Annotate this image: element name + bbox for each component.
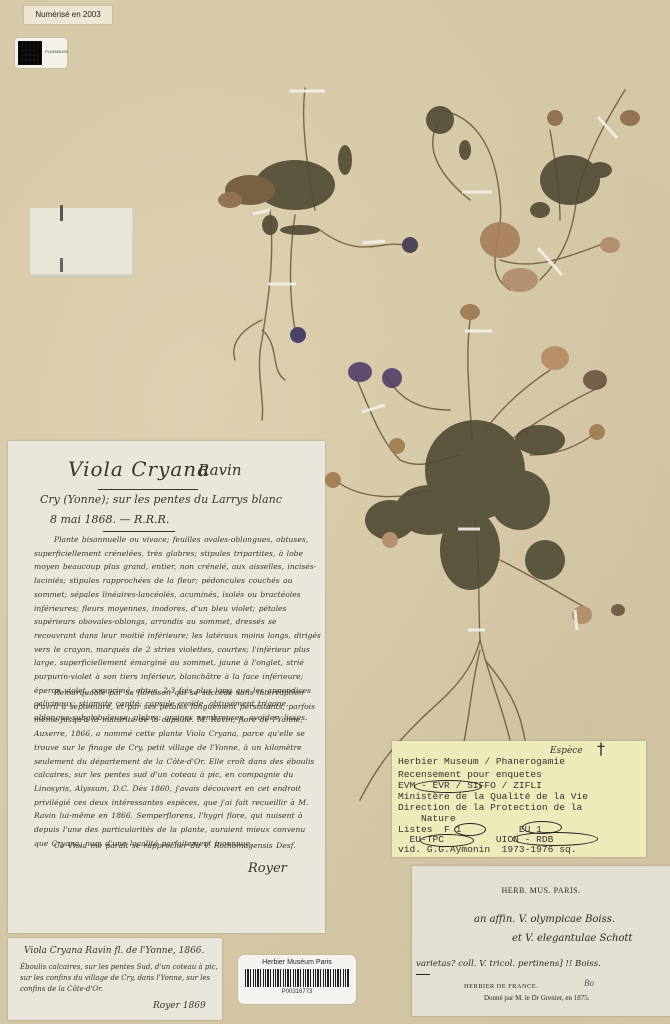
census-line: Nature (398, 814, 456, 824)
handwritten-locality-label: Viola Cryana Ravin fl. de l'Yonne, 1866.… (8, 938, 222, 1020)
pin-icon (60, 258, 63, 272)
specimen-envelope (30, 208, 132, 274)
barcode-number: P00316773 (238, 989, 356, 995)
collection-date: 8 mai 1868. — R.R.R. (50, 513, 169, 526)
annotator-initials: Bo (584, 978, 594, 988)
qr-code-icon (19, 42, 41, 64)
determination-line: varietas? coll. V. tricol. pertinens] !!… (416, 959, 601, 969)
digitization-label: Numérisé en 2003 (24, 6, 112, 24)
circle-mark-icon (512, 832, 598, 846)
qr-label: PL04655199 (15, 38, 67, 68)
barcode-icon (245, 969, 349, 987)
affinity-paragraph: Ce Viola me paraît se rapprocher du V. R… (34, 839, 322, 853)
handwritten-description-label: Viola Cryana Ravin Cry (Yonne); sur les … (8, 441, 325, 933)
pin-icon (60, 205, 63, 221)
small-note-title: Viola Cryana Ravin fl. de l'Yonne, 1866. (24, 946, 204, 956)
underline (416, 974, 430, 975)
census-handwritten-note: Espèce (550, 746, 583, 756)
collector-signature: Royer (248, 861, 287, 876)
title-underline (98, 489, 198, 490)
circle-mark-icon (420, 834, 474, 847)
circle-mark-icon (414, 780, 482, 793)
census-line: Direction de la Protection de la (398, 803, 582, 813)
species-title: Viola Cryana (68, 457, 210, 481)
small-note-locality: Éboulis calcaires, sur les pentes Sud, d… (20, 962, 220, 995)
census-line: vid. G.G.Aymonin 1973-1976 sq. (398, 845, 576, 855)
determination-line: et V. elegantulae Schott (512, 933, 632, 944)
census-line: Herbier Museum / Phanerogamie (398, 757, 565, 767)
census-line: Ministère de la Qualité de la Vie (398, 792, 588, 802)
census-label: Espèce † Herbier Museum / Phanerogamie R… (392, 741, 646, 857)
date-underline (103, 531, 175, 532)
herb-label-header: HERB. MUS. PARIS. (412, 886, 670, 895)
barcode-label: Herbier Muséum Paris P00316773 (238, 955, 356, 1004)
census-line: Recensement pour enquetes (398, 770, 542, 780)
cross-mark-icon: † (597, 744, 605, 754)
collection-locality: Cry (Yonne); sur les pentes du Larrys bl… (40, 493, 282, 506)
small-note-signature: Royer 1869 (153, 1001, 206, 1011)
species-author: Ravin (198, 461, 242, 479)
determination-line: an affin. V. olympicae Boiss. (474, 914, 615, 925)
donor-line: Donné par M. le Dr Grenier, en 1875. (484, 994, 589, 1002)
herbarium-imprint: HERBIER DE FRANCE. (464, 983, 538, 990)
qr-label-id: PL04655199 (45, 49, 68, 54)
determination-label: HERB. MUS. PARIS. an affin. V. olympicae… (412, 866, 670, 1016)
barcode-institution: Herbier Muséum Paris (238, 959, 356, 966)
remarks-paragraph: Remarquable par sa floraison qui se succ… (34, 686, 322, 850)
